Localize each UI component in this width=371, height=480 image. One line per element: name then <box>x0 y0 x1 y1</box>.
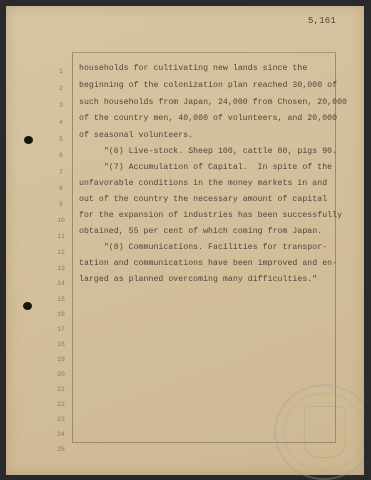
text-line: of the country men, 40,000 of volunteers… <box>79 114 337 123</box>
line-number: 19 <box>54 356 68 363</box>
line-number: 3 <box>54 102 68 109</box>
line-number: 2 <box>54 85 68 92</box>
text-line: "(8) Communications. Facilities for tran… <box>79 243 327 252</box>
line-number: 1 <box>54 68 68 75</box>
line-number: 21 <box>54 386 68 393</box>
line-number: 18 <box>54 341 68 348</box>
text-line: unfavorable conditions in the money mark… <box>79 179 327 188</box>
punch-hole <box>24 136 33 144</box>
text-line: out of the country the necessary amount … <box>79 195 327 204</box>
text-line: households for cultivating new lands sin… <box>79 64 307 73</box>
line-number: 7 <box>54 169 68 176</box>
official-seal-stamp <box>274 384 371 480</box>
text-line: for the expansion of industries has been… <box>79 211 342 220</box>
line-number: 20 <box>54 371 68 378</box>
line-number: 9 <box>54 201 68 208</box>
line-number: 13 <box>54 265 68 272</box>
line-number: 16 <box>54 311 68 318</box>
line-number: 14 <box>54 280 68 287</box>
line-number: 23 <box>54 416 68 423</box>
text-line: larged as planned overcoming many diffic… <box>79 275 317 284</box>
text-line: such households from Japan, 24,000 from … <box>79 98 347 107</box>
punch-hole <box>23 302 32 310</box>
text-line: obtained, 55 per cent of which coming fr… <box>79 227 322 236</box>
line-number: 5 <box>54 136 68 143</box>
text-line: beginning of the colonization plan reach… <box>79 81 337 90</box>
line-number: 10 <box>54 217 68 224</box>
line-number: 24 <box>54 431 68 438</box>
text-line: of seasonal volunteers. <box>79 131 193 140</box>
line-number: 12 <box>54 249 68 256</box>
line-number: 25 <box>54 446 68 453</box>
page-number: 5,161 <box>308 16 336 26</box>
line-number: 17 <box>54 326 68 333</box>
line-number: 8 <box>54 185 68 192</box>
line-number: 15 <box>54 296 68 303</box>
line-number: 22 <box>54 401 68 408</box>
text-line: tation and communications have been impr… <box>79 259 337 268</box>
scan-background-edge <box>364 0 371 480</box>
line-number: 4 <box>54 119 68 126</box>
line-number: 11 <box>54 233 68 240</box>
text-line: "(6) Live-stock. Sheep 100, cattle 80, p… <box>79 147 337 156</box>
line-number: 6 <box>54 152 68 159</box>
document-page: 5,161 1 2 3 4 5 6 7 8 9 10 11 12 13 14 1… <box>6 6 364 475</box>
text-line: "(7) Accumulation of Capital. In spite o… <box>79 163 332 172</box>
